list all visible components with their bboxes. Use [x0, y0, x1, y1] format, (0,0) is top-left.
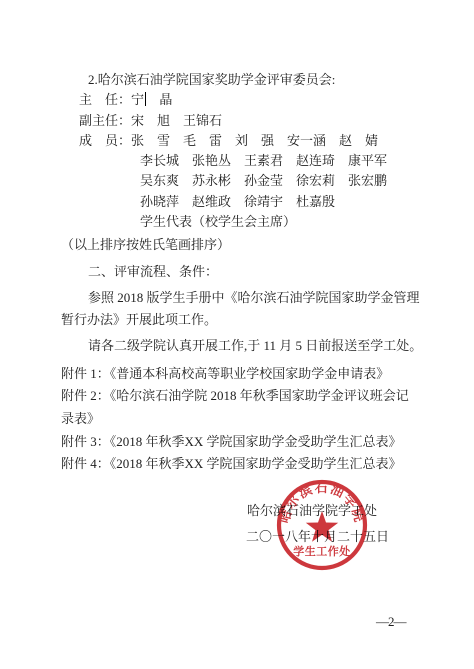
chair-name-start: 宁 [131, 92, 144, 107]
star-icon [306, 511, 338, 542]
members-line-2[interactable]: 李长城 张艳丛 王素君 赵连琦 康平军 [61, 151, 417, 171]
members-line-3[interactable]: 吴东爽 苏永彬 孙金莹 徐宏莉 张宏鹏 [61, 171, 417, 191]
attachment-line-1[interactable]: 附件 1：《普通本科高校高等职业学校国家助学金申请表》 [61, 363, 417, 386]
deadline-paragraph[interactable]: 请各二级学院认真开展工作,于 11 月 5 日前报送至学工处。 [61, 335, 417, 357]
student-rep-line[interactable]: 学生代表（校学生会主席） [61, 212, 417, 232]
policy-paragraph-line-2[interactable]: 暂行办法》开展此项工作。 [61, 309, 417, 331]
attachment-line-3[interactable]: 附件 3：《2018 年秋季XX 学院国家助学金受助学生汇总表》 [61, 431, 417, 454]
attachment-line-2-wrap[interactable]: 录表》 [61, 408, 417, 431]
chair-line[interactable]: 主 任：宁 晶 [61, 90, 417, 110]
members-line-4[interactable]: 孙晓萍 赵维政 徐靖宇 杜嘉殷 [61, 192, 417, 212]
sorting-note[interactable]: （以上排序按姓氏笔画排序） [61, 235, 417, 255]
chair-label: 主 任： [79, 92, 131, 107]
attachment-line-4[interactable]: 附件 4：《2018 年秋季XX 学院国家助学金受助学生汇总表》 [61, 453, 417, 476]
section-2-heading[interactable]: 二、评审流程、条件： [61, 261, 417, 283]
official-stamp[interactable]: 哈尔滨石油学院 学生工作处 [275, 478, 369, 572]
stamp-graphic: 哈尔滨石油学院 学生工作处 [275, 478, 369, 572]
policy-paragraph-line-1[interactable]: 参照 2018 版学生手册中《哈尔滨石油学院国家助学金管理 [61, 287, 417, 309]
vice-chair-line[interactable]: 副主任：宋 旭 王锦石 [61, 111, 417, 131]
document-page: 2.哈尔滨石油学院国家奖助学金评审委员会: 主 任：宁 晶 副主任：宋 旭 王锦… [0, 0, 474, 669]
committee-heading[interactable]: 2.哈尔滨石油学院国家奖助学金评审委员会: [61, 70, 417, 90]
attachment-line-2[interactable]: 附件 2：《哈尔滨石油学院 2018 年秋季国家助学金评议班会记 [61, 385, 417, 408]
document-body[interactable]: 2.哈尔滨石油学院国家奖助学金评审委员会: 主 任：宁 晶 副主任：宋 旭 王锦… [61, 70, 417, 476]
page-number: —2— [376, 614, 406, 630]
chair-name-end: 晶 [146, 92, 172, 107]
stamp-bottom-text: 学生工作处 [293, 544, 351, 558]
members-line-1[interactable]: 成 员：张 雪 毛 雷 刘 强 安一涵 赵 婧 [61, 131, 417, 151]
